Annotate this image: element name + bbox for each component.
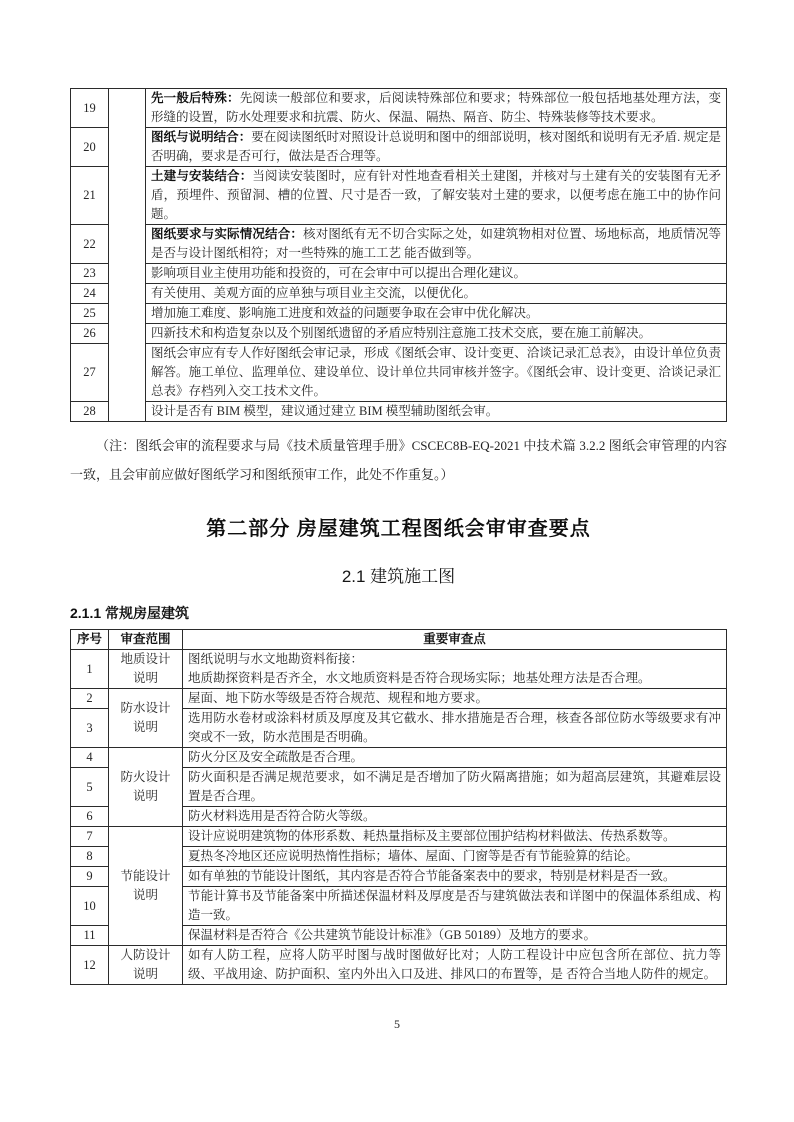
table-row: 19先一般后特殊：先阅读一般部位和要求，后阅读特殊部位和要求；特殊部位一般包括地… (71, 89, 727, 128)
row-number-cell: 23 (71, 264, 109, 284)
table-row: 22图纸要求与实际情况结合：核对图纸有无不切合实际之处，如建筑物相对位置、场地标… (71, 225, 727, 264)
content-cell: 图纸与说明结合：要在阅读图纸时对照设计总说明和图中的细部说明，核对图纸和说明有无… (146, 128, 727, 167)
scope-cell: 防火设计 说明 (109, 748, 183, 827)
row-number-cell: 7 (71, 827, 109, 847)
subsection-heading: 2.1.1 常规房屋建筑 (70, 603, 727, 623)
row-number-cell: 4 (71, 748, 109, 768)
building-drawing-review-table: 序号审查范围重要审查点 1地质设计 说明图纸说明与水文地勘资料衔接： 地质勘探资… (70, 629, 727, 985)
scope-cell: 防水设计 说明 (109, 689, 183, 748)
table-row: 23影响项目业主使用功能和投资的，可在会审中可以提出合理化建议。 (71, 264, 727, 284)
drawing-review-methods-table: 19先一般后特殊：先阅读一般部位和要求，后阅读特殊部位和要求；特殊部位一般包括地… (70, 88, 727, 422)
row-number-cell: 12 (71, 946, 109, 985)
content-cell: 图纸会审应有专人作好图纸会审记录，形成《图纸会审、设计变更、洽谈记录汇总表》，由… (146, 344, 727, 402)
row-number-cell: 21 (71, 167, 109, 225)
row-number-cell: 3 (71, 709, 109, 748)
row-number-cell: 9 (71, 867, 109, 887)
table-row: 26四新技术和构造复杂以及个别图纸遗留的矛盾应特别注意施工技术交底，要在施工前解… (71, 324, 727, 344)
content-cell: 夏热冬冷地区还应说明热惰性指标；墙体、屋面、门窗等是否有节能验算的结论。 (183, 847, 727, 867)
part-heading: 第二部分 房屋建筑工程图纸会审审查要点 (70, 512, 727, 541)
page-number: 5 (0, 1017, 794, 1032)
table-row: 28设计是否有 BIM 模型，建议通过建立 BIM 模型辅助图纸会审。 (71, 402, 727, 422)
content-cell: 如有人防工程，应将人防平时图与战时图做好比对；人防工程设计中应包含所在部位、抗力… (183, 946, 727, 985)
row-number-cell: 27 (71, 344, 109, 402)
row-number-cell: 5 (71, 768, 109, 807)
scope-cell: 节能设计 说明 (109, 827, 183, 946)
content-cell: 四新技术和构造复杂以及个别图纸遗留的矛盾应特别注意施工技术交底，要在施工前解决。 (146, 324, 727, 344)
table-row: 24有关使用、美观方面的应单独与项目业主交流，以便优化。 (71, 284, 727, 304)
row-number-cell: 6 (71, 807, 109, 827)
row-number-cell: 24 (71, 284, 109, 304)
table-row: 7节能设计 说明设计应说明建筑物的体形系数、耗热量指标及主要部位围护结构材料做法… (71, 827, 727, 847)
content-cell: 图纸说明与水文地勘资料衔接： 地质勘探资料是否齐全，水文地质资料是否符合现场实际… (183, 650, 727, 689)
row-number-cell: 11 (71, 926, 109, 946)
content-cell: 先一般后特殊：先阅读一般部位和要求，后阅读特殊部位和要求；特殊部位一般包括地基处… (146, 89, 727, 128)
row-number-cell: 22 (71, 225, 109, 264)
row-number-cell: 10 (71, 887, 109, 926)
note-paragraph: （注：图纸会审的流程要求与局《技术质量管理手册》CSCEC8B-EQ-2021 … (70, 431, 727, 489)
scope-cell: 地质设计 说明 (109, 650, 183, 689)
table-row: 25增加施工难度、影响施工进度和效益的问题要争取在会审中优化解决。 (71, 304, 727, 324)
row-number-cell: 2 (71, 689, 109, 709)
content-cell: 图纸要求与实际情况结合：核对图纸有无不切合实际之处，如建筑物相对位置、场地标高，… (146, 225, 727, 264)
table-header-row: 序号审查范围重要审查点 (71, 630, 727, 650)
table-row: 12人防设计 说明如有人防工程，应将人防平时图与战时图做好比对；人防工程设计中应… (71, 946, 727, 985)
table-row: 1地质设计 说明图纸说明与水文地勘资料衔接： 地质勘探资料是否齐全，水文地质资料… (71, 650, 727, 689)
content-cell: 设计应说明建筑物的体形系数、耗热量指标及主要部位围护结构材料做法、传热系数等。 (183, 827, 727, 847)
row-number-cell: 26 (71, 324, 109, 344)
content-cell: 防火材料选用是否符合防火等级。 (183, 807, 727, 827)
content-cell: 土建与安装结合：当阅读安装图时，应有针对性地查看相关土建图，并核对与土建有关的安… (146, 167, 727, 225)
section-heading: 2.1 建筑施工图 (70, 562, 727, 587)
content-cell: 节能计算书及节能备案中所描述保温材料及厚度是否与建筑做法表和详图中的保温体系组成… (183, 887, 727, 926)
content-cell: 屋面、地下防水等级是否符合规范、规程和地方要求。 (183, 689, 727, 709)
row-number-cell: 1 (71, 650, 109, 689)
content-cell: 防火分区及安全疏散是否合理。 (183, 748, 727, 768)
content-cell: 如有单独的节能设计图纸，其内容是否符合节能备案表中的要求，特别是材料是否一致。 (183, 867, 727, 887)
table-row: 21土建与安装结合：当阅读安装图时，应有针对性地查看相关土建图，并核对与土建有关… (71, 167, 727, 225)
row-number-cell: 19 (71, 89, 109, 128)
row-number-cell: 8 (71, 847, 109, 867)
scope-cell: 人防设计 说明 (109, 946, 183, 985)
content-lead: 图纸与说明结合： (151, 130, 251, 144)
table-row: 4防火设计 说明防火分区及安全疏散是否合理。 (71, 748, 727, 768)
content-lead: 先一般后特殊： (151, 91, 240, 105)
column-header: 序号 (71, 630, 109, 650)
table-row: 2防水设计 说明屋面、地下防水等级是否符合规范、规程和地方要求。 (71, 689, 727, 709)
row-number-cell: 25 (71, 304, 109, 324)
content-cell: 选用防水卷材或涂料材质及厚度及其它截水、排水措施是否合理，核查各部位防水等级要求… (183, 709, 727, 748)
content-cell: 增加施工难度、影响施工进度和效益的问题要争取在会审中优化解决。 (146, 304, 727, 324)
content-cell: 防火面积是否满足规范要求，如不满足是否增加了防火隔离措施；如为超高层建筑，其避难… (183, 768, 727, 807)
column-header: 审查范围 (109, 630, 183, 650)
scope-cell-empty (109, 89, 146, 422)
document-page: 19先一般后特殊：先阅读一般部位和要求，后阅读特殊部位和要求；特殊部位一般包括地… (0, 0, 794, 1122)
content-cell: 影响项目业主使用功能和投资的，可在会审中可以提出合理化建议。 (146, 264, 727, 284)
column-header: 重要审查点 (183, 630, 727, 650)
content-lead: 土建与安装结合： (151, 169, 252, 183)
table-row: 20图纸与说明结合：要在阅读图纸时对照设计总说明和图中的细部说明，核对图纸和说明… (71, 128, 727, 167)
content-cell: 保温材料是否符合《公共建筑节能设计标准》（GB 50189）及地方的要求。 (183, 926, 727, 946)
table-row: 27图纸会审应有专人作好图纸会审记录，形成《图纸会审、设计变更、洽谈记录汇总表》… (71, 344, 727, 402)
row-number-cell: 20 (71, 128, 109, 167)
row-number-cell: 28 (71, 402, 109, 422)
content-lead: 图纸要求与实际情况结合： (151, 227, 303, 241)
content-cell: 有关使用、美观方面的应单独与项目业主交流，以便优化。 (146, 284, 727, 304)
content-cell: 设计是否有 BIM 模型，建议通过建立 BIM 模型辅助图纸会审。 (146, 402, 727, 422)
